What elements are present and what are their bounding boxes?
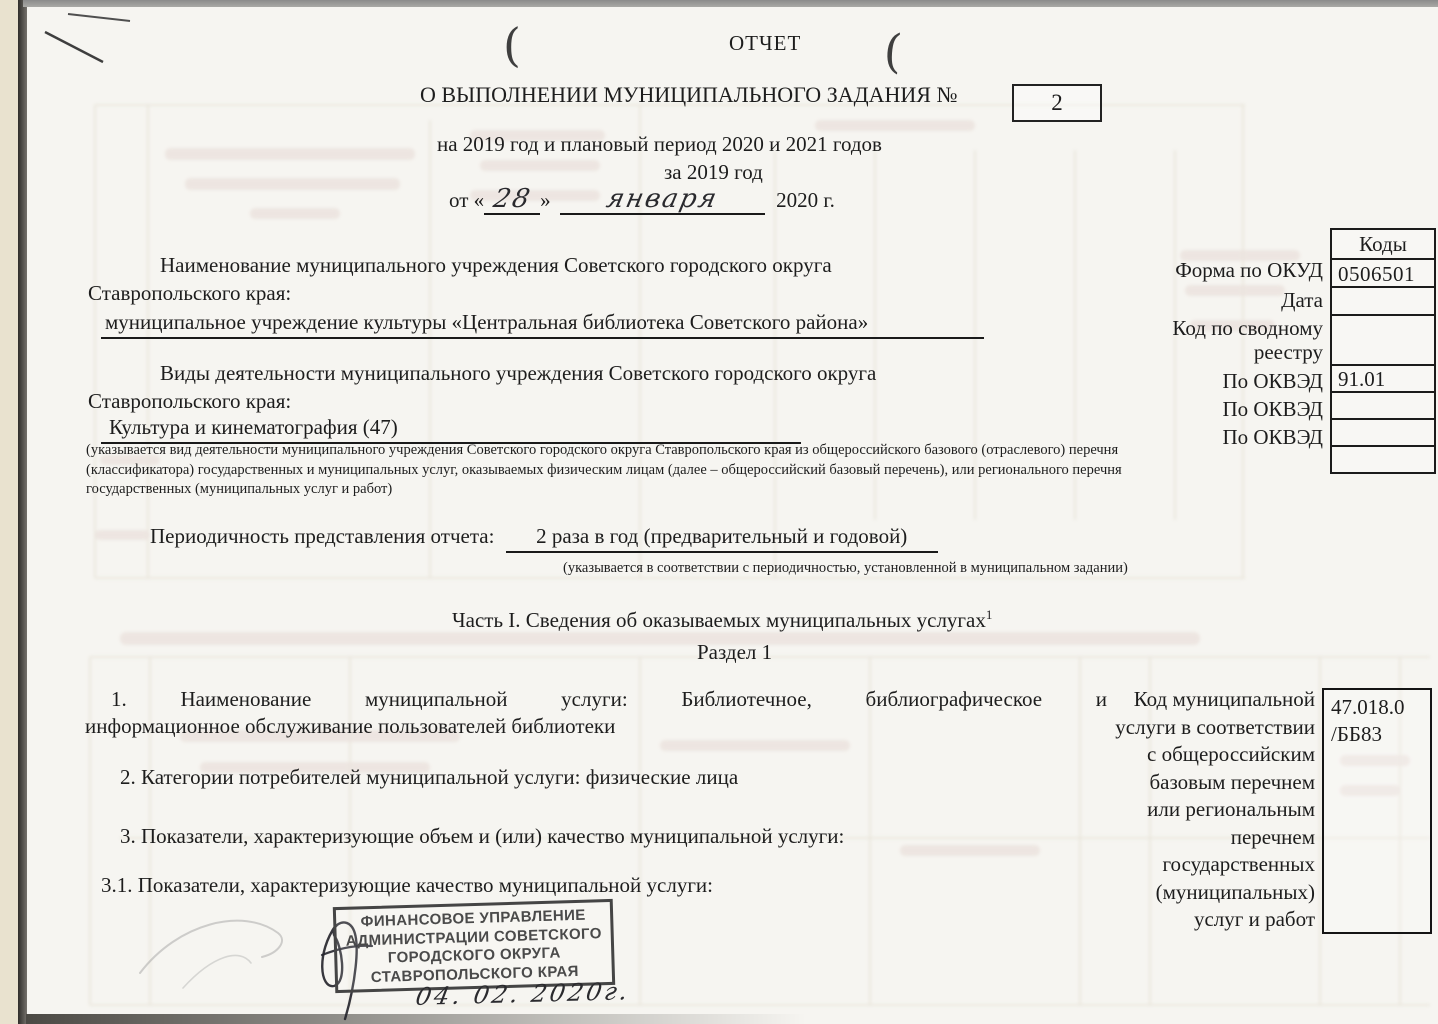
okved2-value-cell — [1332, 391, 1434, 418]
service-code-label-line: услуги в соответствии — [1018, 714, 1315, 742]
date-close-quote: » — [540, 188, 551, 212]
stamp-date-text: 04. 02. 2020г. — [413, 977, 633, 1011]
activity-footnote: (указывается вид деятельности муниципаль… — [86, 441, 1138, 500]
date-day-underline: 28 — [484, 186, 540, 215]
okud-label: Форма по ОКУД — [1175, 258, 1323, 283]
service-code-value-line1: 47.018.0 — [1331, 694, 1430, 721]
handwritten-stamp-date: 04. 02. 2020г. — [416, 977, 631, 1011]
registry-label-line2: реестру — [1254, 340, 1323, 365]
hole-shadow-artifact-right: ( — [882, 23, 904, 78]
okud-value-cell: 0506501 — [1332, 258, 1434, 286]
handwritten-day: 28 — [491, 186, 534, 212]
staple-marks — [30, 2, 160, 77]
report-title: ОТЧЕТ — [729, 30, 801, 56]
date-prefix: от « — [449, 188, 484, 212]
part1-heading: Часть I. Сведения об оказываемых муницип… — [452, 602, 992, 633]
periodicity-value: 2 раза в год (предварительный и годовой) — [506, 523, 938, 553]
okved1-label: По ОКВЭД — [1222, 369, 1323, 394]
okved3-label: По ОКВЭД — [1222, 425, 1323, 450]
institution-name-value: муниципальное учреждение культуры «Центр… — [101, 309, 984, 339]
date-month-underline: января — [560, 186, 765, 215]
hole-shadow-artifact-left: ( — [503, 18, 521, 72]
date-label: Дата — [1281, 288, 1323, 313]
period-line: на 2019 год и плановый период 2020 и 202… — [437, 131, 882, 157]
part1-heading-text: Часть I. Сведения об оказываемых муницип… — [452, 608, 986, 632]
year-line: за 2019 год — [664, 159, 763, 185]
service-code-label-line: услуг и работ — [1018, 906, 1315, 934]
date-year: 2020 г. — [776, 188, 835, 212]
periodicity-label: Периодичность представления отчета: — [150, 524, 494, 548]
service-code-label-line: государственных — [1018, 851, 1315, 879]
activity-label-line2: Ставропольского края: — [88, 388, 291, 414]
service-code-label-line: перечнем — [1018, 824, 1315, 852]
part1-heading-footnote-mark: 1 — [986, 607, 993, 622]
okved2-label: По ОКВЭД — [1222, 397, 1323, 422]
service-item2: 2. Категории потребителей муниципальной … — [120, 764, 738, 790]
task-number-box: 2 — [1012, 84, 1102, 122]
service-code-box: 47.018.0 /ББ83 — [1322, 688, 1432, 934]
institution-label-line1: Наименование муниципального учреждения С… — [160, 252, 832, 278]
date-value-cell — [1332, 286, 1434, 314]
okved1-value-cell: 91.01 — [1332, 364, 1434, 391]
codes-header-cell: Коды — [1332, 230, 1434, 258]
service-code-value-line2: /ББ83 — [1331, 721, 1430, 748]
activity-label-line1: Виды деятельности муниципального учрежде… — [160, 360, 876, 386]
service-code-label-line: Код муниципальной — [1018, 686, 1315, 714]
report-subtitle: О ВЫПОЛНЕНИИ МУНИЦИПАЛЬНОГО ЗАДАНИЯ № — [420, 82, 957, 108]
scan-margin-strip — [0, 0, 18, 1024]
service-item3: 3. Показатели, характеризующие объем и (… — [120, 823, 844, 849]
scan-top-edge-shadow — [23, 0, 1438, 7]
service-code-label-line: (муниципальных) — [1018, 879, 1315, 907]
service-code-label: Код муниципальной услуги в соответствии … — [1018, 686, 1315, 934]
report-date-line: от «28» января 2020 г. — [449, 186, 835, 215]
periodicity-footnote: (указывается в соответствии с периодично… — [563, 559, 1128, 579]
scanned-report-page: ( ( ОТЧЕТ О ВЫПОЛНЕНИИ МУНИЦИПАЛЬНОГО ЗА… — [0, 0, 1438, 1024]
registry-value-cell — [1332, 314, 1434, 364]
scan-left-edge-shadow — [18, 0, 27, 1024]
service-code-label-line: или региональным — [1018, 796, 1315, 824]
okved3-value-cell — [1332, 418, 1434, 445]
empty-bottom-cell — [1332, 445, 1434, 472]
section-heading: Раздел 1 — [697, 639, 772, 665]
institution-label-line2: Ставропольского края: — [88, 280, 291, 306]
handwritten-month: января — [604, 186, 720, 212]
activity-value: Культура и кинематография (47) — [101, 414, 801, 444]
codes-table: Коды 0506501 91.01 — [1330, 228, 1436, 474]
service-code-label-line: с общероссийским — [1018, 741, 1315, 769]
service-item1-line1: 1. Наименование муниципальной услуги: Би… — [85, 686, 1107, 712]
registry-label-line1: Код по сводному — [1172, 316, 1323, 341]
service-item1-line2: информационное обслуживание пользователе… — [85, 713, 615, 739]
service-code-label-line: базовым перечнем — [1018, 769, 1315, 797]
